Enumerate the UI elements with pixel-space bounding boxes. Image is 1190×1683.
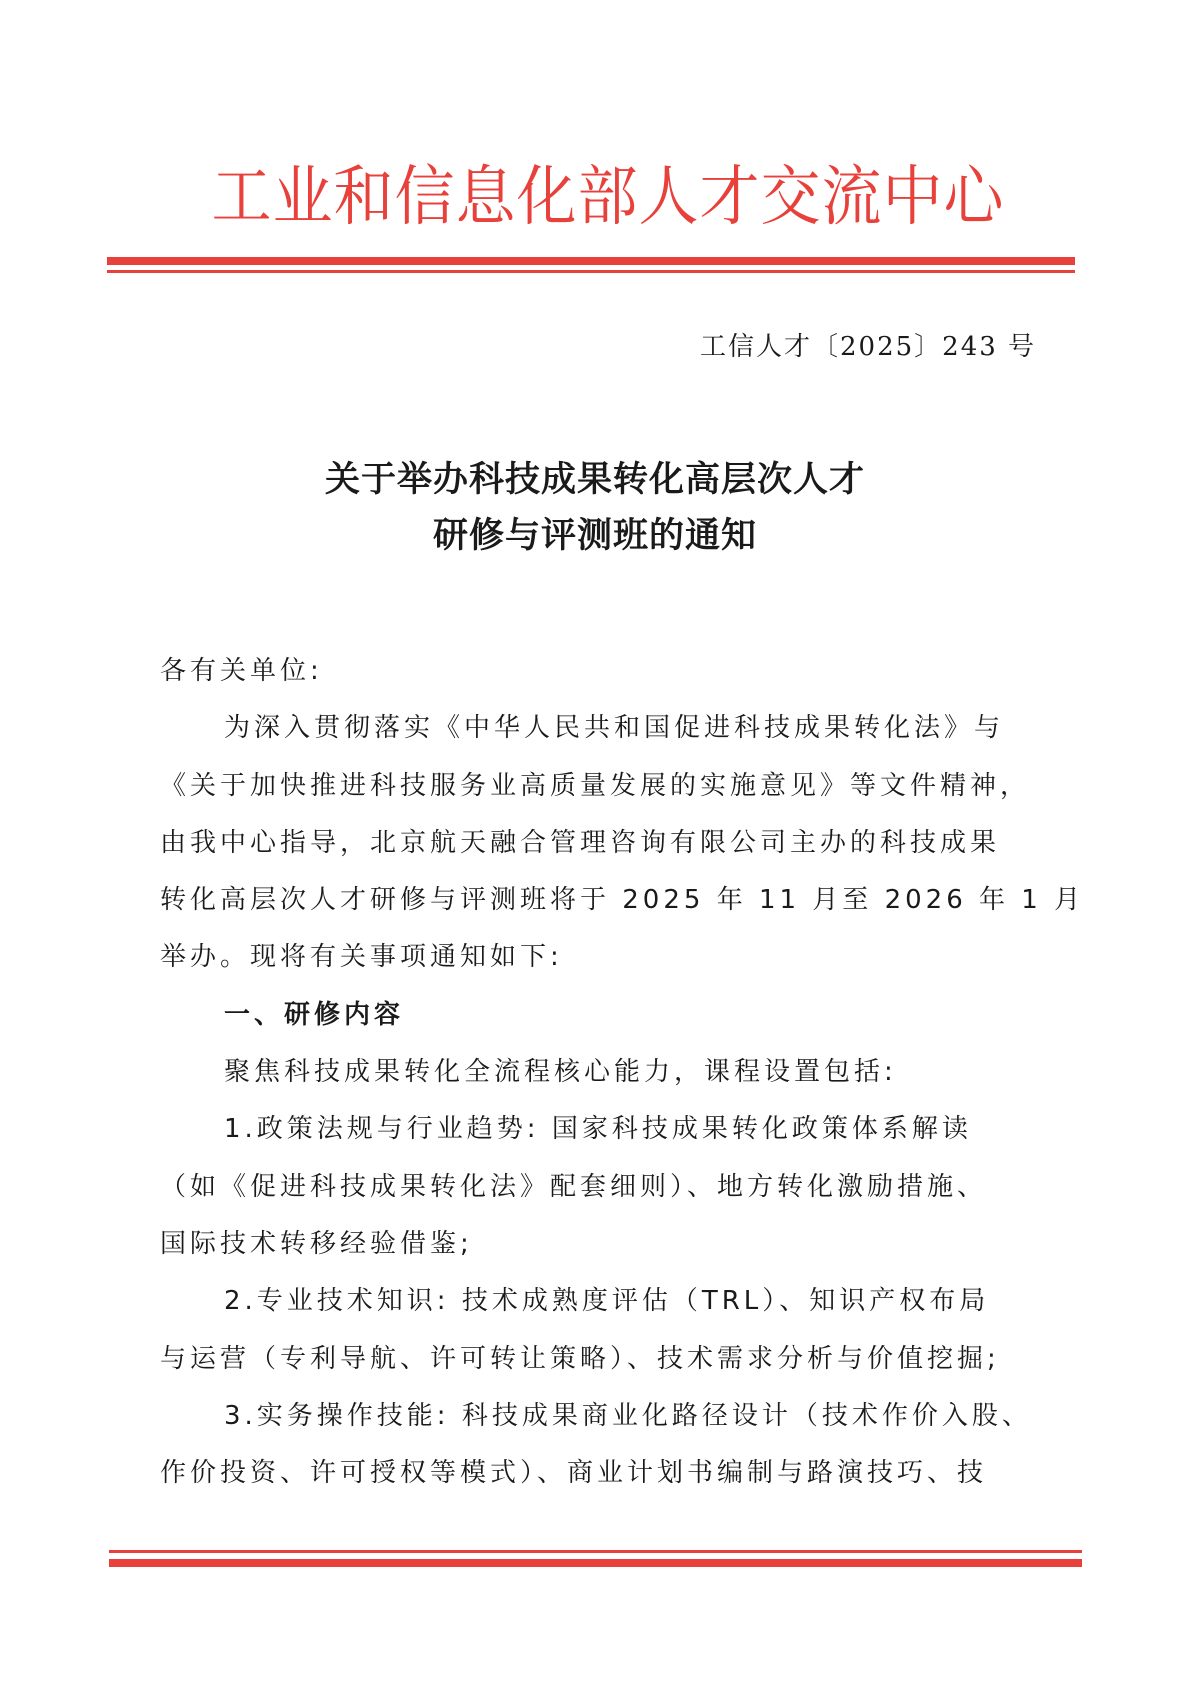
header-rule-thin xyxy=(107,270,1075,273)
document-title-line-1: 关于举办科技成果转化高层次人才 xyxy=(0,452,1190,508)
letterhead: 工业和信息化部人才交流中心 xyxy=(0,162,1190,232)
document-body: 各有关单位: 为深入贯彻落实《中华人民共和国促进科技成果转化法》与 《关于加快推… xyxy=(160,643,1060,1502)
document-number: 工信人才〔2025〕243 号 xyxy=(700,330,1036,364)
body-line: 1.政策法规与行业趋势: 国家科技成果转化政策体系解读 xyxy=(160,1101,1060,1158)
body-line: 与运营（专利导航、许可转让策略）、技术需求分析与价值挖掘; xyxy=(160,1331,1060,1388)
document-title-line-2: 研修与评测班的通知 xyxy=(0,508,1190,564)
body-line: 聚焦科技成果转化全流程核心能力，课程设置包括: xyxy=(160,1044,1060,1101)
body-line: 3.实务操作技能: 科技成果商业化路径设计（技术作价入股、 xyxy=(160,1388,1060,1445)
body-line: （如《促进科技成果转化法》配套细则）、地方转化激励措施、 xyxy=(160,1159,1060,1216)
section-heading: 一、研修内容 xyxy=(160,987,1060,1044)
body-line: 2.专业技术知识: 技术成熟度评估（TRL）、知识产权布局 xyxy=(160,1273,1060,1330)
footer-rule-thin xyxy=(109,1550,1082,1553)
body-line: 国际技术转移经验借鉴; xyxy=(160,1216,1060,1273)
body-line: 《关于加快推进科技服务业高质量发展的实施意见》等文件精神， xyxy=(160,758,1060,815)
body-line: 为深入贯彻落实《中华人民共和国促进科技成果转化法》与 xyxy=(160,700,1060,757)
body-line: 作价投资、许可授权等模式）、商业计划书编制与路演技巧、技 xyxy=(160,1445,1060,1502)
letterhead-organization: 工业和信息化部人才交流中心 xyxy=(212,159,1005,235)
salutation: 各有关单位: xyxy=(160,643,1060,700)
document-title: 关于举办科技成果转化高层次人才 研修与评测班的通知 xyxy=(0,452,1190,564)
footer-rule-thick xyxy=(109,1559,1082,1567)
body-line: 转化高层次人才研修与评测班将于 2025 年 11 月至 2026 年 1 月 xyxy=(160,872,1060,929)
header-rule-thick xyxy=(107,257,1075,265)
body-line: 举办。现将有关事项通知如下: xyxy=(160,929,1060,986)
body-line: 由我中心指导，北京航天融合管理咨询有限公司主办的科技成果 xyxy=(160,815,1060,872)
